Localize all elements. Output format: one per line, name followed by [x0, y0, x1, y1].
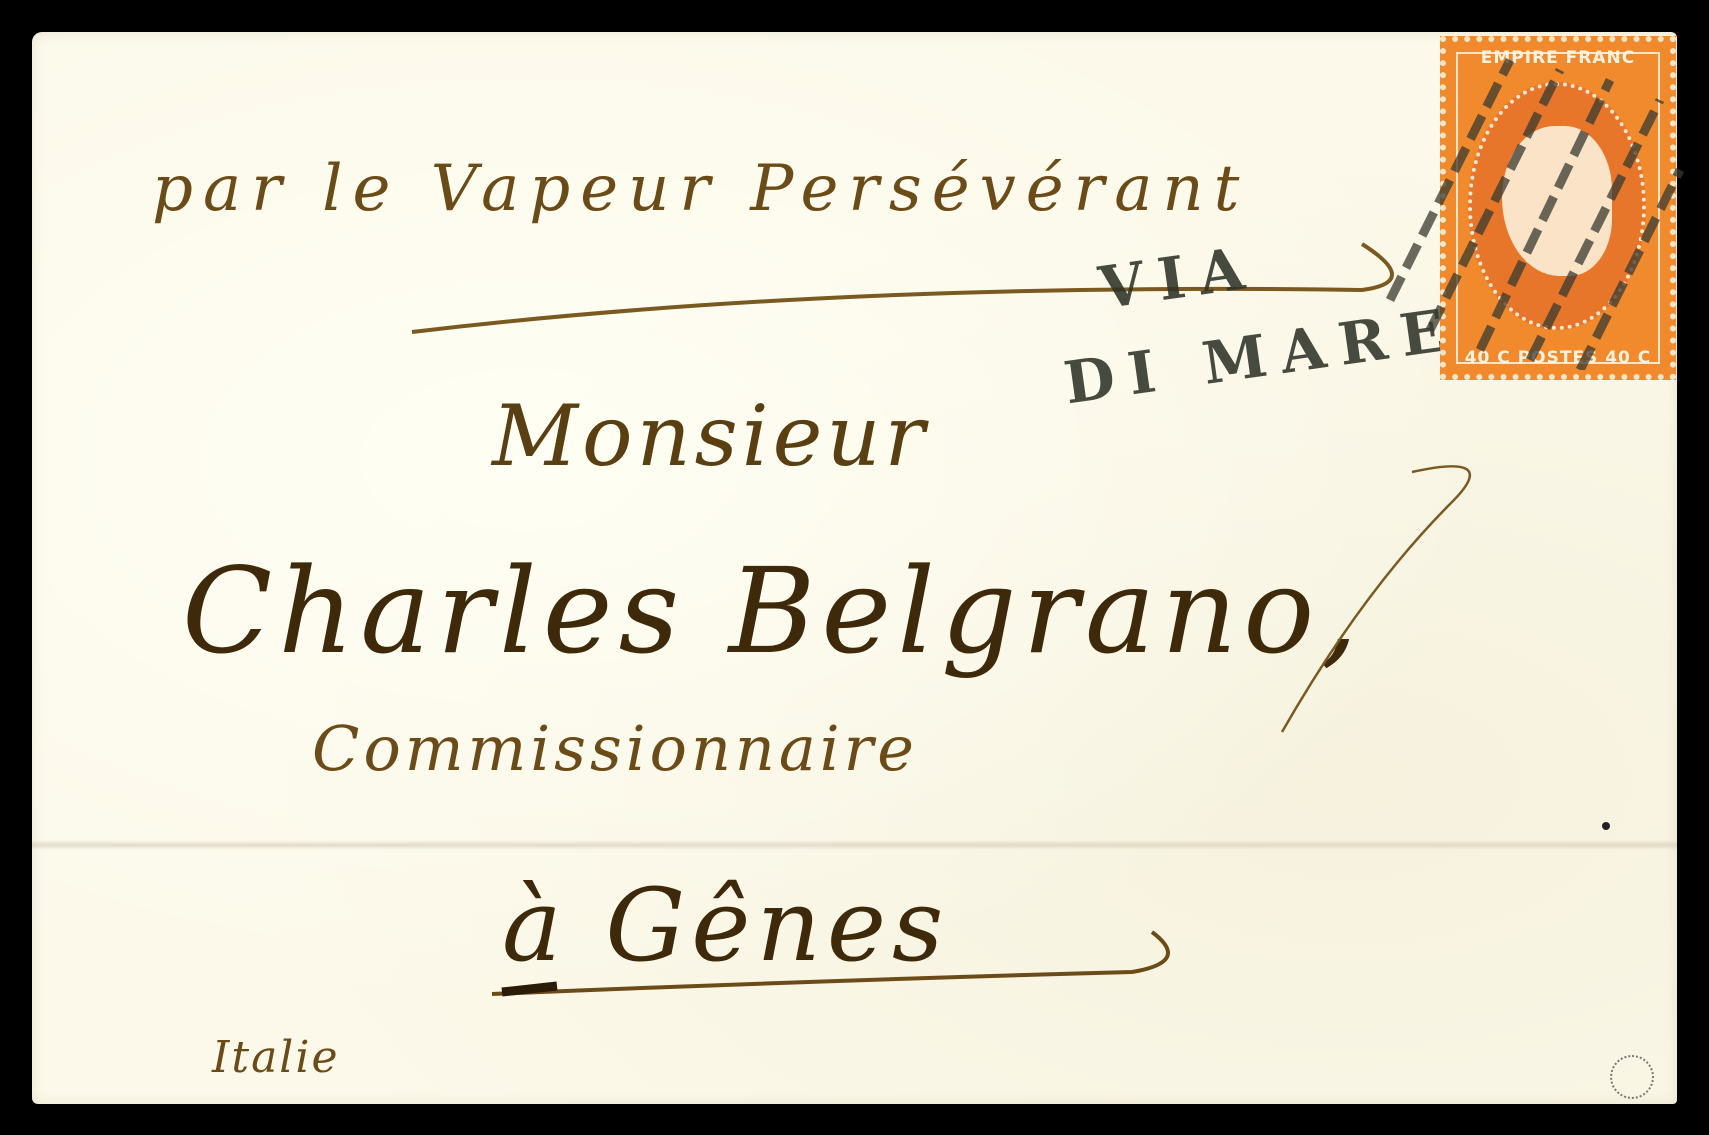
grid-cancel-mark [1370, 40, 1690, 370]
expert-mark [1610, 1055, 1654, 1099]
ink-dot [1602, 822, 1610, 830]
